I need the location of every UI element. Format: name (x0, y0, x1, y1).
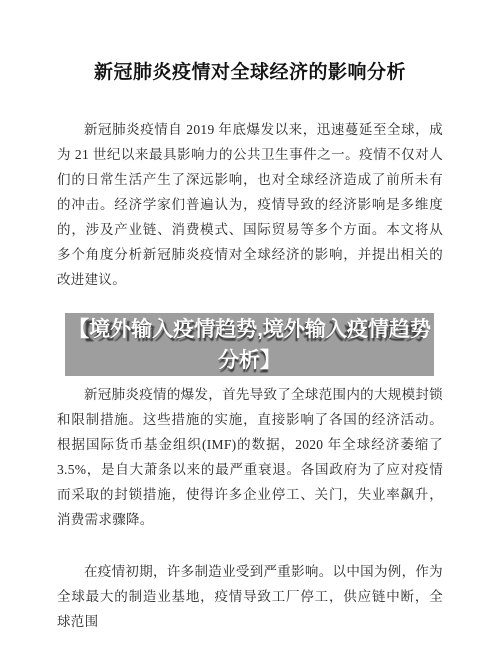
overlay-banner: 【境外输入疫情趋势,境外输入疫情趋势分析】 【境外输入疫情趋势,境外输入疫情趋势… (65, 313, 434, 376)
body-paragraph-1: 新冠肺炎疫情的爆发，首先导致了全球范围内的大规模封锁和限制措施。这些措施的实施，… (57, 382, 443, 532)
intro-paragraph: 新冠肺炎疫情自 2019 年底爆发以来，迅速蔓延至全球，成为 21 世纪以来最具… (57, 117, 443, 292)
body-paragraph-2: 在疫情初期，许多制造业受到严重影响。以中国为例，作为全球最大的制造业基地，疫情导… (57, 559, 443, 634)
overlay-banner-text: 【境外输入疫情趋势,境外输入疫情趋势分析】 (65, 314, 434, 376)
document-page: 新冠肺炎疫情对全球经济的影响分析 新冠肺炎疫情自 2019 年底爆发以来，迅速蔓… (0, 0, 500, 647)
document-title: 新冠肺炎疫情对全球经济的影响分析 (57, 60, 443, 86)
